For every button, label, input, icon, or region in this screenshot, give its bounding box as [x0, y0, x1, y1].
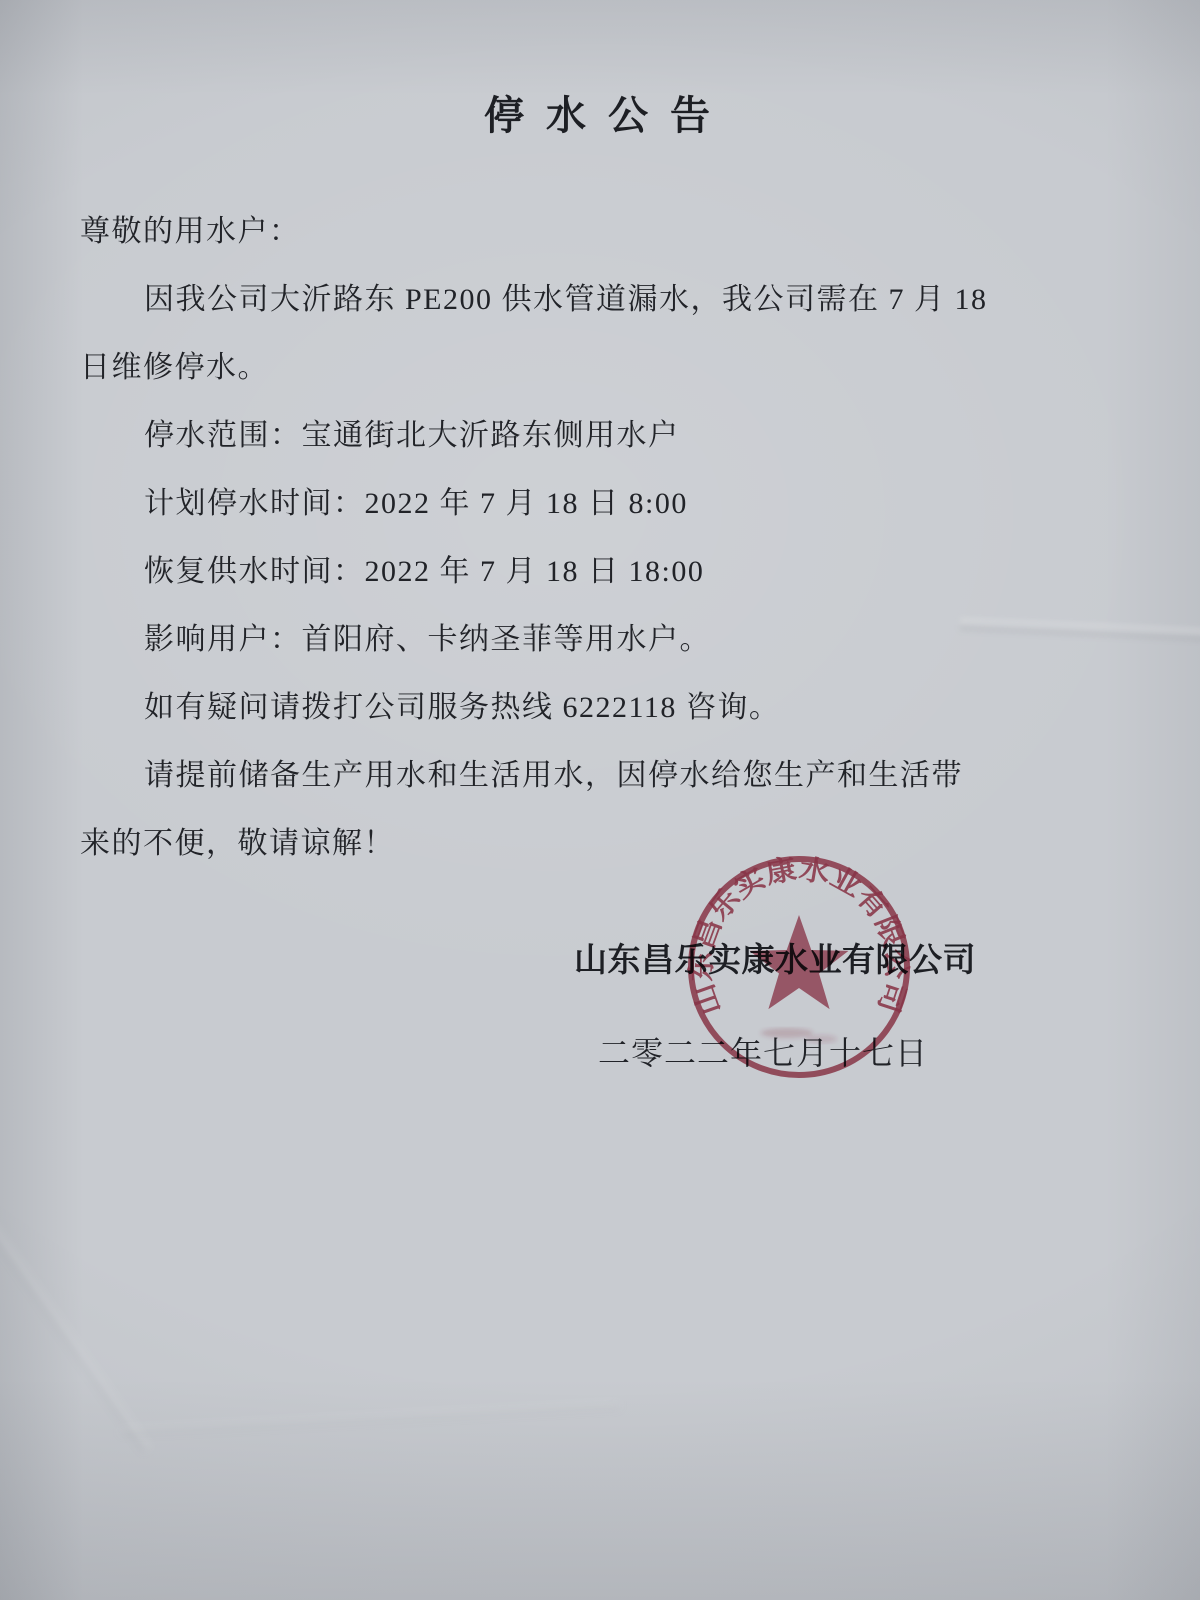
reason-line-1: 因我公司大沂路东 PE200 供水管道漏水，我公司需在 7 月 18	[80, 266, 1130, 334]
affected-users-line: 影响用户：首阳府、卡纳圣菲等用水户。	[80, 606, 1130, 674]
seal-smudge	[761, 1028, 837, 1043]
hotline-line: 如有疑问请拨打公司服务热线 6222118 咨询。	[80, 674, 1130, 742]
seal-star-icon	[750, 915, 849, 1009]
restore-time-line: 恢复供水时间：2022 年 7 月 18 日 18:00	[80, 538, 1130, 606]
company-red-seal: 山东昌乐实康水业有限公司	[668, 836, 930, 1098]
outage-scope-line: 停水范围：宝通街北大沂路东侧用水户	[80, 402, 1130, 470]
salutation-line: 尊敬的用水户：	[80, 198, 1130, 266]
planned-stop-time-line: 计划停水时间：2022 年 7 月 18 日 8:00	[80, 470, 1130, 538]
reason-line-2: 日维修停水。	[80, 334, 1130, 402]
document-body: 尊敬的用水户： 因我公司大沂路东 PE200 供水管道漏水，我公司需在 7 月 …	[80, 198, 1130, 878]
advice-line-1: 请提前储备生产用水和生活用水，因停水给您生产和生活带	[80, 742, 1130, 810]
document-title: 停 水 公 告	[0, 84, 1200, 141]
photographed-notice-page: { "doc": { "title": "停 水 公 告", "lines": …	[0, 0, 1200, 1600]
advice-line-2: 来的不便，敬请谅解！	[80, 810, 1130, 878]
